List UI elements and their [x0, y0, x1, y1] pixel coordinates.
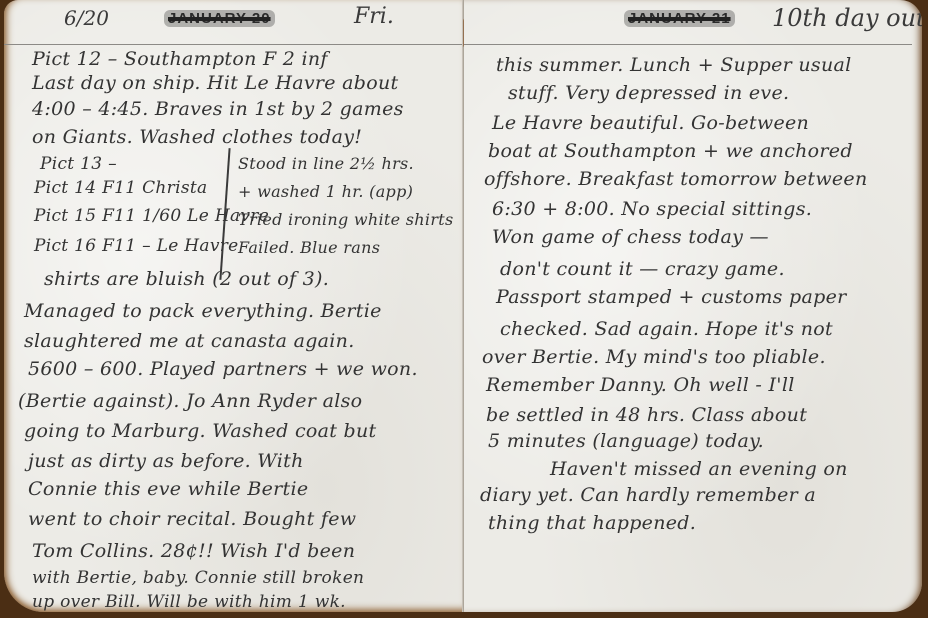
entry-line: boat at Southampton + we anchored	[488, 140, 853, 162]
printed-date-struck: JANUARY 21	[624, 10, 735, 27]
entry-line: Pict 12 – Southampton F 2 inf	[32, 48, 328, 70]
entry-line: slaughtered me at canasta again.	[24, 330, 355, 352]
entry-line: up over Bill. Will be with him 1 wk.	[32, 592, 346, 612]
side-note: Stood in line 2½ hrs.	[238, 154, 414, 173]
entry-line: 6:30 + 8:00. No special sittings.	[492, 198, 812, 220]
entry-line: Passport stamped + customs paper	[496, 286, 847, 308]
entry-line: Last day on ship. Hit Le Havre about	[32, 72, 398, 94]
entry-line: on Giants. Washed clothes today!	[32, 126, 362, 148]
side-note: Failed. Blue rans	[238, 238, 380, 257]
entry-line: Tom Collins. 28¢!! Wish I'd been	[32, 540, 355, 562]
entry-line: (Bertie against). Jo Ann Ryder also	[18, 390, 362, 412]
pict-item: Pict 14 F11 Christa	[34, 178, 207, 198]
entry-line: Le Havre beautiful. Go-between	[492, 112, 809, 134]
side-note: + washed 1 hr. (app)	[238, 182, 413, 201]
entry-line: shirts are bluish (2 out of 3).	[44, 268, 329, 290]
printed-date-struck: JANUARY 20	[164, 10, 275, 27]
entry-line: Managed to pack everything. Bertie	[24, 300, 382, 322]
left-page: 6/20 JANUARY 20 Fri. Pict 12 – Southampt…	[4, 0, 464, 612]
entry-line: with Bertie, baby. Connie still broken	[32, 568, 364, 588]
entry-line: don't count it — crazy game.	[500, 258, 785, 280]
pict-item: Pict 15 F11 1/60 Le Havre	[34, 206, 269, 226]
entry-line: stuff. Very depressed in eve.	[508, 82, 789, 104]
entry-line: diary yet. Can hardly remember a	[480, 484, 816, 506]
entry-line: Won game of chess today —	[492, 226, 769, 248]
header-rule	[4, 44, 464, 45]
entry-line: checked. Sad again. Hope it's not	[500, 318, 833, 340]
right-page: JANUARY 21 10th day out this summer. Lun…	[464, 0, 922, 612]
entry-line: this summer. Lunch + Supper usual	[496, 54, 852, 76]
entry-line: going to Marburg. Washed coat but	[24, 420, 376, 442]
entry-line: thing that happened.	[488, 512, 696, 534]
entry-line: be settled in 48 hrs. Class about	[486, 404, 807, 426]
weekday: Fri.	[354, 4, 394, 29]
entry-line: 5 minutes (language) today.	[488, 430, 764, 452]
entry-line: went to choir recital. Bought few	[28, 508, 356, 530]
side-note: Tried ironing white shirts	[238, 210, 454, 229]
entry-line: just as dirty as before. With	[28, 450, 304, 472]
entry-line: Remember Danny. Oh well - I'll	[486, 374, 795, 396]
entry-line: 5600 – 600. Played partners + we won.	[28, 358, 418, 380]
handwritten-date: 6/20	[64, 6, 109, 30]
handwritten-header: 10th day out	[772, 4, 922, 32]
diary-spread: 6/20 JANUARY 20 Fri. Pict 12 – Southampt…	[0, 0, 928, 618]
entry-line: over Bertie. My mind's too pliable.	[482, 346, 826, 368]
entry-line: Haven't missed an evening on	[550, 458, 848, 480]
entry-line: Connie this eve while Bertie	[28, 478, 308, 500]
pict-item: Pict 13 –	[40, 154, 117, 174]
pict-item: Pict 16 F11 – Le Havre	[34, 236, 239, 256]
header-rule	[464, 44, 912, 45]
entry-line: offshore. Breakfast tomorrow between	[484, 168, 868, 190]
entry-line: 4:00 – 4:45. Braves in 1st by 2 games	[32, 98, 404, 120]
